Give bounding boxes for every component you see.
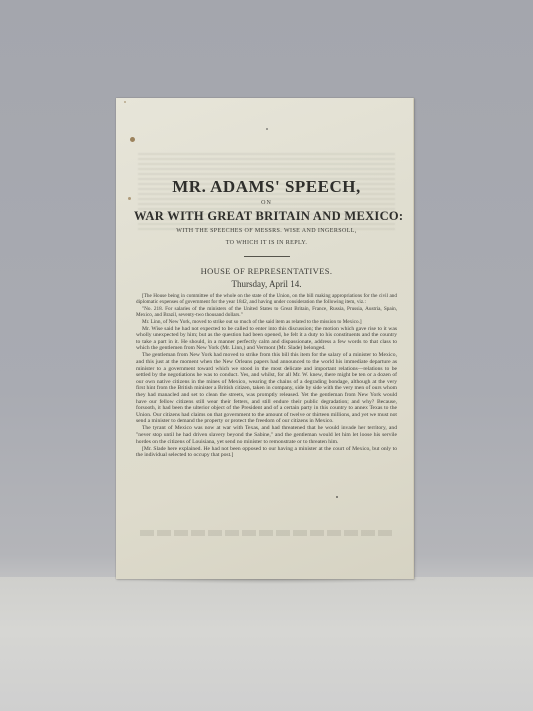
foxing-spot [336, 496, 338, 498]
divider-rule [244, 256, 290, 257]
foxing-spot [128, 197, 131, 200]
section-heading: HOUSE OF REPRESENTATIVES. [134, 266, 399, 276]
paragraph: [The House being in committee of the who… [136, 293, 397, 305]
paragraph: Mr. Linn, of New York, moved to strike o… [136, 319, 397, 325]
pamphlet-page: MR. ADAMS' SPEECH, ON WAR WITH GREAT BRI… [116, 98, 414, 579]
paragraph: The tyrant of Mexico was now at war with… [136, 425, 397, 445]
date-line: Thursday, April 14. [134, 279, 399, 289]
paragraph: The gentleman from New York had moved to… [136, 352, 397, 425]
speeches-line: WITH THE SPEECHES OF MESSRS. WISE AND IN… [134, 228, 399, 234]
paragraph: Mr. Wise said he had not expected to be … [136, 326, 397, 352]
foxing-spot [124, 101, 126, 103]
title-block: MR. ADAMS' SPEECH, ON WAR WITH GREAT BRI… [134, 177, 399, 459]
speech-body: [The House being in committee of the who… [134, 293, 399, 459]
paragraph: "No. 218. For salaries of the ministers … [136, 306, 397, 318]
foxing-spot [266, 128, 268, 130]
table-surface [0, 577, 533, 711]
paragraph: [Mr. Slade here explained. He had not be… [136, 446, 397, 459]
title-connector: ON [134, 200, 399, 206]
faint-bleed-line [140, 530, 393, 536]
reply-line: TO WHICH IT IS IN REPLY. [134, 240, 399, 246]
foxing-spot [130, 137, 135, 142]
pamphlet-subtitle: WAR WITH GREAT BRITAIN AND MEXICO: [134, 209, 399, 223]
pamphlet-title: MR. ADAMS' SPEECH, [134, 177, 399, 196]
